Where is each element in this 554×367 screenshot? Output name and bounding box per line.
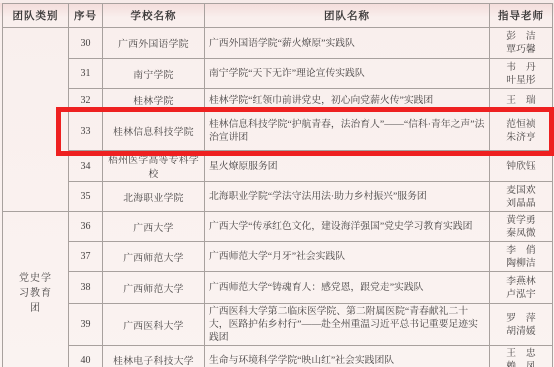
teacher-cell: 钟欣钰 <box>490 151 553 182</box>
team-cell: 广西医科大学第二临床医学院、第二附属医院“青春献礼二十大，医路护佑乡村行”——赴… <box>205 304 490 346</box>
school-cell: 梧州医学高等专科学校 <box>103 151 205 182</box>
category-label-text: 党史学习教育团 <box>15 271 57 316</box>
team-cell: 广西师范大学“月牙”社会实践队 <box>205 242 490 272</box>
teacher-name: 赖 凤 <box>491 360 551 367</box>
row-number-cell: 30 <box>69 28 103 59</box>
school-cell: 广西外国语学院 <box>103 28 205 59</box>
teacher-cell: 李 俏陶柳洁 <box>490 242 553 272</box>
row-number-cell: 32 <box>69 89 103 112</box>
teacher-name: 秦凤微 <box>491 227 551 240</box>
school-cell: 桂林信息科技学院 <box>103 112 205 151</box>
teacher-name: 李 俏 <box>491 244 551 257</box>
row-number-cell: 33 <box>69 112 103 151</box>
table-row: 39广西医科大学广西医科大学第二临床医学院、第二附属医院“青春献礼二十大，医路护… <box>3 304 553 346</box>
teacher-cell: 韦 丹叶星彤 <box>490 59 553 89</box>
teacher-cell: 李燕林卢泓宇 <box>490 272 553 304</box>
row-number-cell: 39 <box>69 304 103 346</box>
teacher-name: 麦国欢 <box>491 184 551 197</box>
school-cell: 广西医科大学 <box>103 304 205 346</box>
teacher-name: 彭 洁 <box>491 30 551 43</box>
school-cell: 北海职业学院 <box>103 182 205 212</box>
teacher-name: 叶星彤 <box>491 74 551 87</box>
teacher-cell: 王 瑞 <box>490 89 553 112</box>
teacher-cell: 彭 洁覃巧馨 <box>490 28 553 59</box>
table-row: 32桂林学院桂林学院“红领巾前讲党史，初心向党薪火传”实践团王 瑞 <box>3 89 553 112</box>
table-row: 34梧州医学高等专科学校星火燎原服务团钟欣钰 <box>3 151 553 182</box>
teacher-name: 陶柳洁 <box>491 257 551 270</box>
teacher-name: 朱济亨 <box>491 131 551 144</box>
team-cell: 星火燎原服务团 <box>205 151 490 182</box>
teacher-name: 李燕林 <box>491 275 551 288</box>
row-number-cell: 36 <box>69 212 103 242</box>
header-school: 学校名称 <box>103 4 205 28</box>
team-cell: 桂林信息科技学院“护航青春，法治育人”——“信科·青年之声”法治宣讲团 <box>205 112 490 151</box>
school-cell: 桂林学院 <box>103 89 205 112</box>
table-row: 党史学习教育团36广西大学广西大学“传承红色文化，建设海洋强国”党史学习教育实践… <box>3 212 553 242</box>
header-row: 团队类别 序号 学校名称 团队名称 指导老师 <box>3 4 553 28</box>
team-cell: 广西外国语学院“薪火燎原”实践队 <box>205 28 490 59</box>
category-group-label: 党史学习教育团 <box>3 212 69 367</box>
team-cell: 广西大学“传承红色文化，建设海洋强国”党史学习教育实践团 <box>205 212 490 242</box>
table-row: 33桂林信息科技学院桂林信息科技学院“护航青春，法治育人”——“信科·青年之声”… <box>3 112 553 151</box>
table-row: 31南宁学院南宁学院“天下无诈”理论宣传实践队韦 丹叶星彤 <box>3 59 553 89</box>
teacher-cell: 黄学勇秦凤微 <box>490 212 553 242</box>
table-row: 30广西外国语学院广西外国语学院“薪火燎原”实践队彭 洁覃巧馨 <box>3 28 553 59</box>
header-category: 团队类别 <box>3 4 69 28</box>
row-number-cell: 34 <box>69 151 103 182</box>
school-cell: 桂林电子科技大学 <box>103 346 205 367</box>
teacher-name: 黄学勇 <box>491 214 551 227</box>
row-number-cell: 38 <box>69 272 103 304</box>
row-number-cell: 31 <box>69 59 103 89</box>
school-cell: 广西师范大学 <box>103 242 205 272</box>
category-group-blank <box>3 28 69 212</box>
teacher-name: 范恒祯 <box>491 118 551 131</box>
teacher-name: 胡清媛 <box>491 325 551 338</box>
team-cell: 桂林学院“红领巾前讲党史，初心向党薪火传”实践团 <box>205 89 490 112</box>
teacher-name: 韦 丹 <box>491 61 551 74</box>
table-row: 38广西师范大学广西师范大学“铸魂育人：感党恩，跟党走”实践队李燕林卢泓宇 <box>3 272 553 304</box>
teacher-name: 罗 萍 <box>491 312 551 325</box>
teams-table: 团队类别 序号 学校名称 团队名称 指导老师 30广西外国语学院广西外国语学院“… <box>2 3 553 367</box>
document-page: 团队类别 序号 学校名称 团队名称 指导老师 30广西外国语学院广西外国语学院“… <box>0 3 554 367</box>
teacher-name: 覃巧馨 <box>491 43 551 56</box>
table-row: 35北海职业学院北海职业学院“学法守法用法·助力乡村振兴”服务团麦国欢刘晶晶 <box>3 182 553 212</box>
teacher-name: 王 瑞 <box>491 94 551 107</box>
team-cell: 南宁学院“天下无诈”理论宣传实践队 <box>205 59 490 89</box>
teacher-name: 刘晶晶 <box>491 197 551 210</box>
team-cell: 广西师范大学“铸魂育人：感党恩，跟党走”实践队 <box>205 272 490 304</box>
row-number-cell: 35 <box>69 182 103 212</box>
header-no: 序号 <box>69 4 103 28</box>
table-row: 37广西师范大学广西师范大学“月牙”社会实践队李 俏陶柳洁 <box>3 242 553 272</box>
row-number-cell: 37 <box>69 242 103 272</box>
teacher-name: 王 忠 <box>491 347 551 360</box>
header-team: 团队名称 <box>205 4 490 28</box>
team-cell: 生命与环境科学学院“映山红”社会实践团队 <box>205 346 490 367</box>
teacher-cell: 范恒祯朱济亨 <box>490 112 553 151</box>
table-row: 40桂林电子科技大学生命与环境科学学院“映山红”社会实践团队王 忠赖 凤 <box>3 346 553 367</box>
teacher-name: 卢泓宇 <box>491 288 551 301</box>
school-cell: 广西大学 <box>103 212 205 242</box>
school-cell: 南宁学院 <box>103 59 205 89</box>
header-teacher: 指导老师 <box>490 4 553 28</box>
teacher-cell: 罗 萍胡清媛 <box>490 304 553 346</box>
teacher-cell: 麦国欢刘晶晶 <box>490 182 553 212</box>
team-cell: 北海职业学院“学法守法用法·助力乡村振兴”服务团 <box>205 182 490 212</box>
row-number-cell: 40 <box>69 346 103 367</box>
teacher-name: 钟欣钰 <box>491 160 551 173</box>
teacher-cell: 王 忠赖 凤 <box>490 346 553 367</box>
school-cell: 广西师范大学 <box>103 272 205 304</box>
